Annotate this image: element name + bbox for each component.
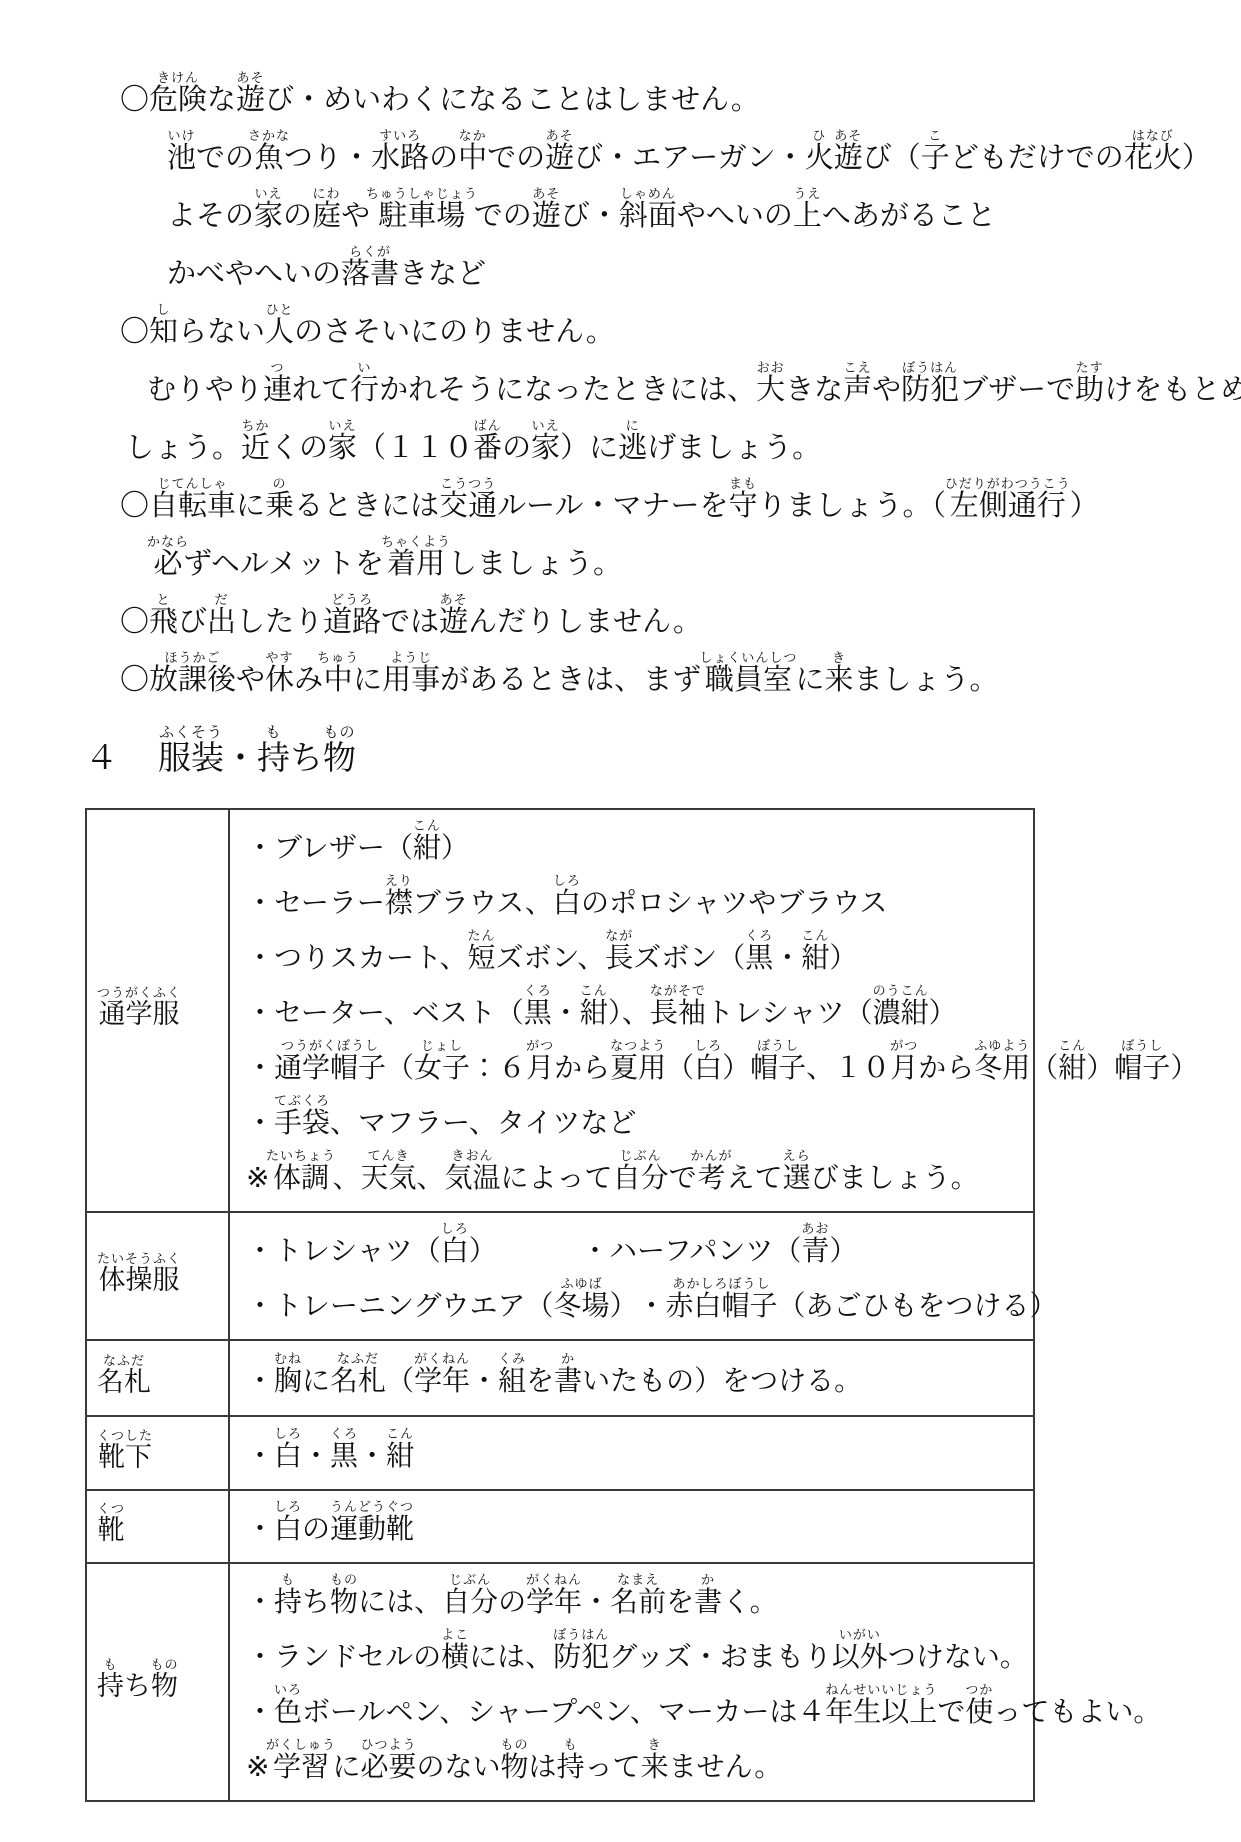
table-line: ・通学帽子つうがくぼうし（女子じょし：６月がつから夏用なつよう（白しろ）帽子ぼう… — [246, 1038, 1029, 1093]
row-content-taiso: ・トレシャツ（白しろ）・ハーフパンツ（青あお）・トレーニングウエア（冬場ふゆば）… — [229, 1212, 1034, 1340]
table-row-kutsu: 靴くつ・白しろの運動靴うんどうぐつ — [86, 1490, 1034, 1563]
table-line: ・セーラー襟えりブラウス、白しろのポロシャツやブラウス — [246, 873, 1029, 928]
section-number: ４ — [85, 726, 118, 790]
rule-line: かべやへいの落書らくがきなど — [85, 244, 1201, 302]
row-content-kutsu: ・白しろの運動靴うんどうぐつ — [229, 1490, 1034, 1563]
table-row-taiso: 体操服たいそうふく・トレシャツ（白しろ）・ハーフパンツ（青あお）・トレーニングウ… — [86, 1212, 1034, 1340]
table-line: ・白しろの運動靴うんどうぐつ — [246, 1499, 1029, 1554]
document-page: 〇危険きけんな遊あそび・めいわくになることはしません。池いけでの魚さかなつり・水… — [0, 0, 1241, 1842]
row-content-mochimono: ・持もち物ものには、自分じぶんの学年がくねん・名前なまえを書かく。・ランドセルの… — [229, 1563, 1034, 1801]
rule-line: 〇飛とび出だしたり道路どうろでは遊あそんだりしません。 — [85, 592, 1201, 650]
table-line: ・色いろボールペン、シャープペン、マーカーは４年生以上ねんせいいじょうで使つかっ… — [246, 1682, 1029, 1737]
row-label-tsugaku: 通学服つうがくふく — [86, 809, 229, 1212]
row-label-kutsushita: 靴下くつした — [86, 1416, 229, 1490]
section-heading: ４服装ふくそう・持もち物もの — [85, 724, 1201, 790]
table-line: ・ランドセルの横よこには、防犯ぼうはんグッズ・おまもり以外いがいつけない。 — [246, 1627, 1029, 1682]
row-content-tsugaku: ・ブレザー（紺こん）・セーラー襟えりブラウス、白しろのポロシャツやブラウス・つり… — [229, 809, 1034, 1212]
table-line: ・胸むねに名札なふだ（学年がくねん・組くみを書かいたもの）をつける。 — [246, 1351, 1029, 1406]
table-line: ・白しろ・黒くろ・紺こん — [246, 1426, 1029, 1481]
rule-line: 〇放課後ほうかごや休やすみ中ちゅうに用事ようじがあるときは、まず職員室しょくいん… — [85, 650, 1201, 708]
row-content-nafuda: ・胸むねに名札なふだ（学年がくねん・組くみを書かいたもの）をつける。 — [229, 1340, 1034, 1416]
rule-line: 必かならずヘルメットを着用ちゃくようしましょう。 — [85, 534, 1201, 592]
rule-line: 〇自転車じてんしゃに乗のるときには交通こうつうルール・マナーを守まもりましょう。… — [85, 476, 1201, 534]
rule-line: 〇危険きけんな遊あそび・めいわくになることはしません。 — [85, 70, 1201, 128]
table-line: ・トレシャツ（白しろ）・ハーフパンツ（青あお） — [246, 1221, 1029, 1276]
table-line: ・セーター、ベスト（黒くろ・紺こん）、長袖ながそでトレシャツ（濃紺のうこん） — [246, 983, 1029, 1038]
table-line: ・手袋てぶくろ、マフラー、タイツなど — [246, 1093, 1029, 1148]
rule-line: しょう。近ちかくの家いえ（１１０番ばんの家いえ）に逃にげましょう。 — [85, 418, 1201, 476]
table-line-col: ・トレーニングウエア（冬場ふゆば） — [246, 1276, 637, 1331]
table-line-col: ・トレシャツ（白しろ） — [246, 1221, 581, 1276]
table-line-col: ・ハーフパンツ（青あお） — [581, 1221, 916, 1276]
table-line: ・持もち物ものには、自分じぶんの学年がくねん・名前なまえを書かく。 — [246, 1572, 1029, 1627]
table-line: ・ブレザー（紺こん） — [246, 818, 1029, 873]
table-line: ・つりスカート、短たんズボン、長ながズボン（黒くろ・紺こん） — [246, 928, 1029, 983]
rule-line: 池いけでの魚さかなつり・水路すいろの中なかでの遊あそび・エアーガン・火ひ遊あそび… — [85, 128, 1201, 186]
row-label-mochimono: 持もち物もの — [86, 1563, 229, 1801]
clothing-belongings-table: 通学服つうがくふく・ブレザー（紺こん）・セーラー襟えりブラウス、白しろのポロシャ… — [85, 808, 1035, 1802]
table-row-kutsushita: 靴下くつした・白しろ・黒くろ・紺こん — [86, 1416, 1034, 1490]
table-row-mochimono: 持もち物もの・持もち物ものには、自分じぶんの学年がくねん・名前なまえを書かく。・… — [86, 1563, 1034, 1801]
row-label-nafuda: 名札なふだ — [86, 1340, 229, 1416]
table-row-tsugaku: 通学服つうがくふく・ブレザー（紺こん）・セーラー襟えりブラウス、白しろのポロシャ… — [86, 809, 1034, 1212]
rule-line: よその家いえの庭にわや駐車場ちゅうしゃじょうでの遊あそび・斜面しゃめんやへいの上… — [85, 186, 1201, 244]
table-line: ※学習がくしゅうに必要ひつようのない物ものは持もって来きません。 — [246, 1737, 1029, 1792]
row-label-taiso: 体操服たいそうふく — [86, 1212, 229, 1340]
table-line: ※体調たいちょう、天気てんき、気温きおんによって自分じぶんで考かんがえて選えらび… — [246, 1148, 1029, 1203]
table-row-nafuda: 名札なふだ・胸むねに名札なふだ（学年がくねん・組くみを書かいたもの）をつける。 — [86, 1340, 1034, 1416]
row-label-kutsu: 靴くつ — [86, 1490, 229, 1563]
table-line: ・トレーニングウエア（冬場ふゆば）・赤白帽子あかしろぼうし（あごひもをつける） — [246, 1276, 1029, 1331]
rule-line: 〇知しらない人ひとのさそいにのりません。 — [85, 302, 1201, 360]
table-line-col: ・赤白帽子あかしろぼうし（あごひもをつける） — [637, 1276, 1057, 1331]
section-title: 服装ふくそう・持もち物もの — [158, 739, 356, 776]
rules-list: 〇危険きけんな遊あそび・めいわくになることはしません。池いけでの魚さかなつり・水… — [85, 70, 1201, 708]
row-content-kutsushita: ・白しろ・黒くろ・紺こん — [229, 1416, 1034, 1490]
rule-line: むりやり連つれて行いかれそうになったときには、大おおきな声こえや防犯ぼうはんブザ… — [85, 360, 1201, 418]
